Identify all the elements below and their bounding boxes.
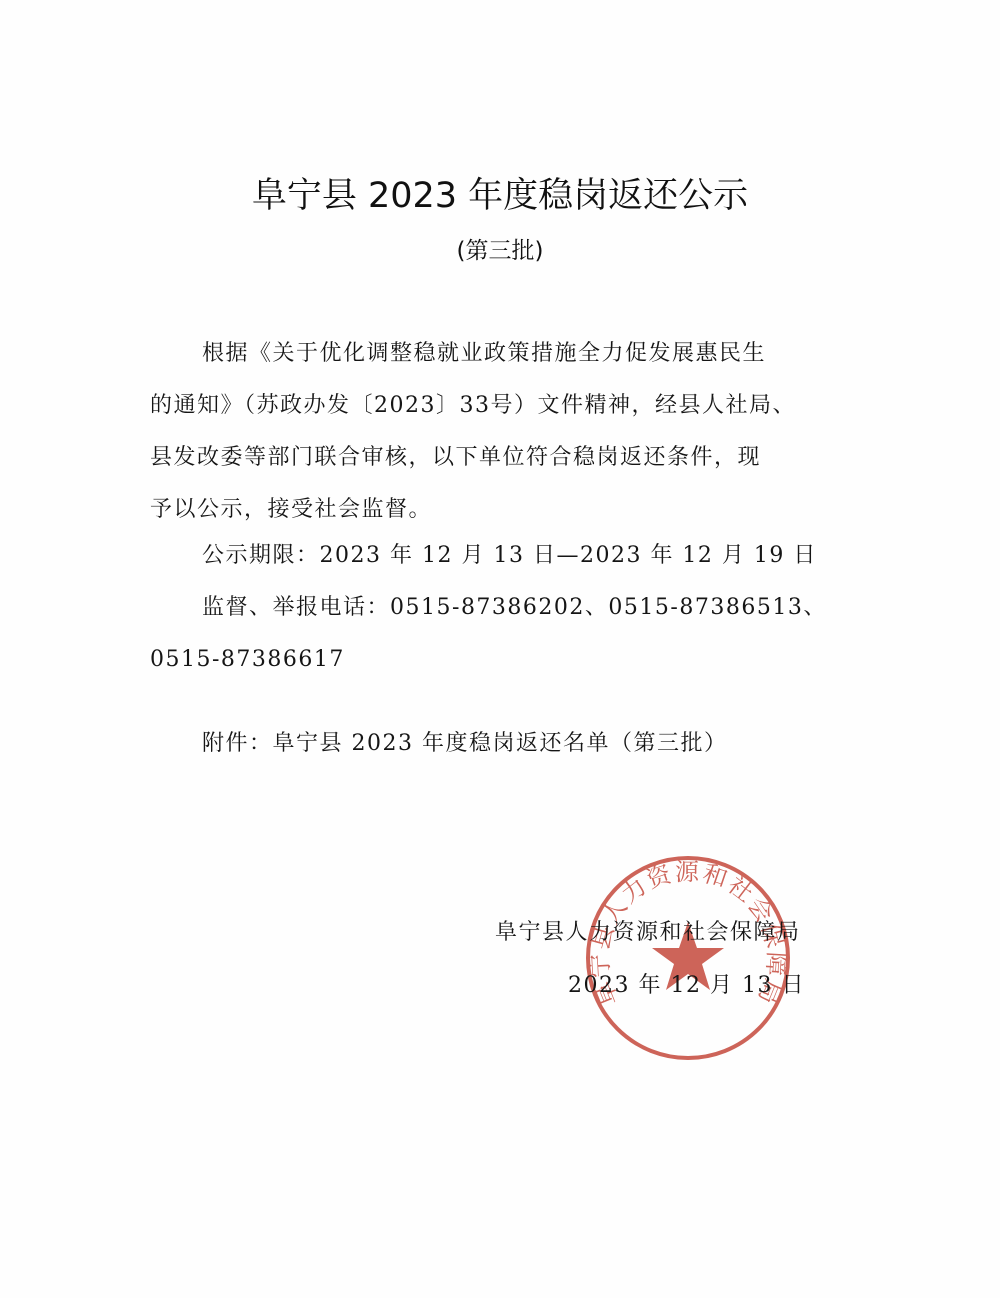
report-phone-numbers: 0515-87386202、0515-87386513、 <box>390 595 827 620</box>
report-phone-line-2: 0515-87386617 <box>150 634 860 686</box>
signing-date: 2023 年 12 月 13 日 <box>568 968 805 999</box>
attachment-note: 附件：阜宁县 2023 年度稳岗返还名单（第三批） <box>150 718 912 770</box>
attachment-value: 阜宁县 2023 年度稳岗返还名单（第三批） <box>273 731 728 756</box>
publicity-period: 公示期限：2023 年 12 月 13 日—2023 年 12 月 19 日 <box>150 530 912 582</box>
report-phone: 监督、举报电话：0515-87386202、0515-87386513、 051… <box>150 582 860 686</box>
paragraph-line: 县发改委等部门联合审核，以下单位符合稳岗返还条件，现 <box>150 432 860 484</box>
attachment-label: 附件： <box>202 731 273 756</box>
paragraph-line: 根据《关于优化调整稳就业政策措施全力促发展惠民生 <box>150 328 860 380</box>
publicity-period-label: 公示期限： <box>202 543 320 568</box>
paragraph-line: 予以公示，接受社会监督。 <box>150 484 860 536</box>
body-paragraph: 根据《关于优化调整稳就业政策措施全力促发展惠民生 的通知》（苏政办发〔2023〕… <box>150 328 860 536</box>
paragraph-line: 的通知》（苏政办发〔2023〕33号）文件精神，经县人社局、 <box>150 380 860 432</box>
publicity-period-value: 2023 年 12 月 13 日—2023 年 12 月 19 日 <box>320 543 817 568</box>
document-page: 阜宁县 2023 年度稳岗返还公示 (第三批) 根据《关于优化调整稳就业政策措施… <box>0 0 1000 1298</box>
report-phone-label: 监督、举报电话： <box>202 595 390 620</box>
report-phone-line-1: 监督、举报电话：0515-87386202、0515-87386513、 <box>150 582 860 634</box>
signing-organization: 阜宁县人力资源和社会保障局 <box>495 915 801 946</box>
document-subtitle: (第三批) <box>0 232 1000 265</box>
official-seal-icon: 阜宁县人力资源和社会保障局 <box>582 852 794 1064</box>
document-title: 阜宁县 2023 年度稳岗返还公示 <box>0 168 1000 218</box>
